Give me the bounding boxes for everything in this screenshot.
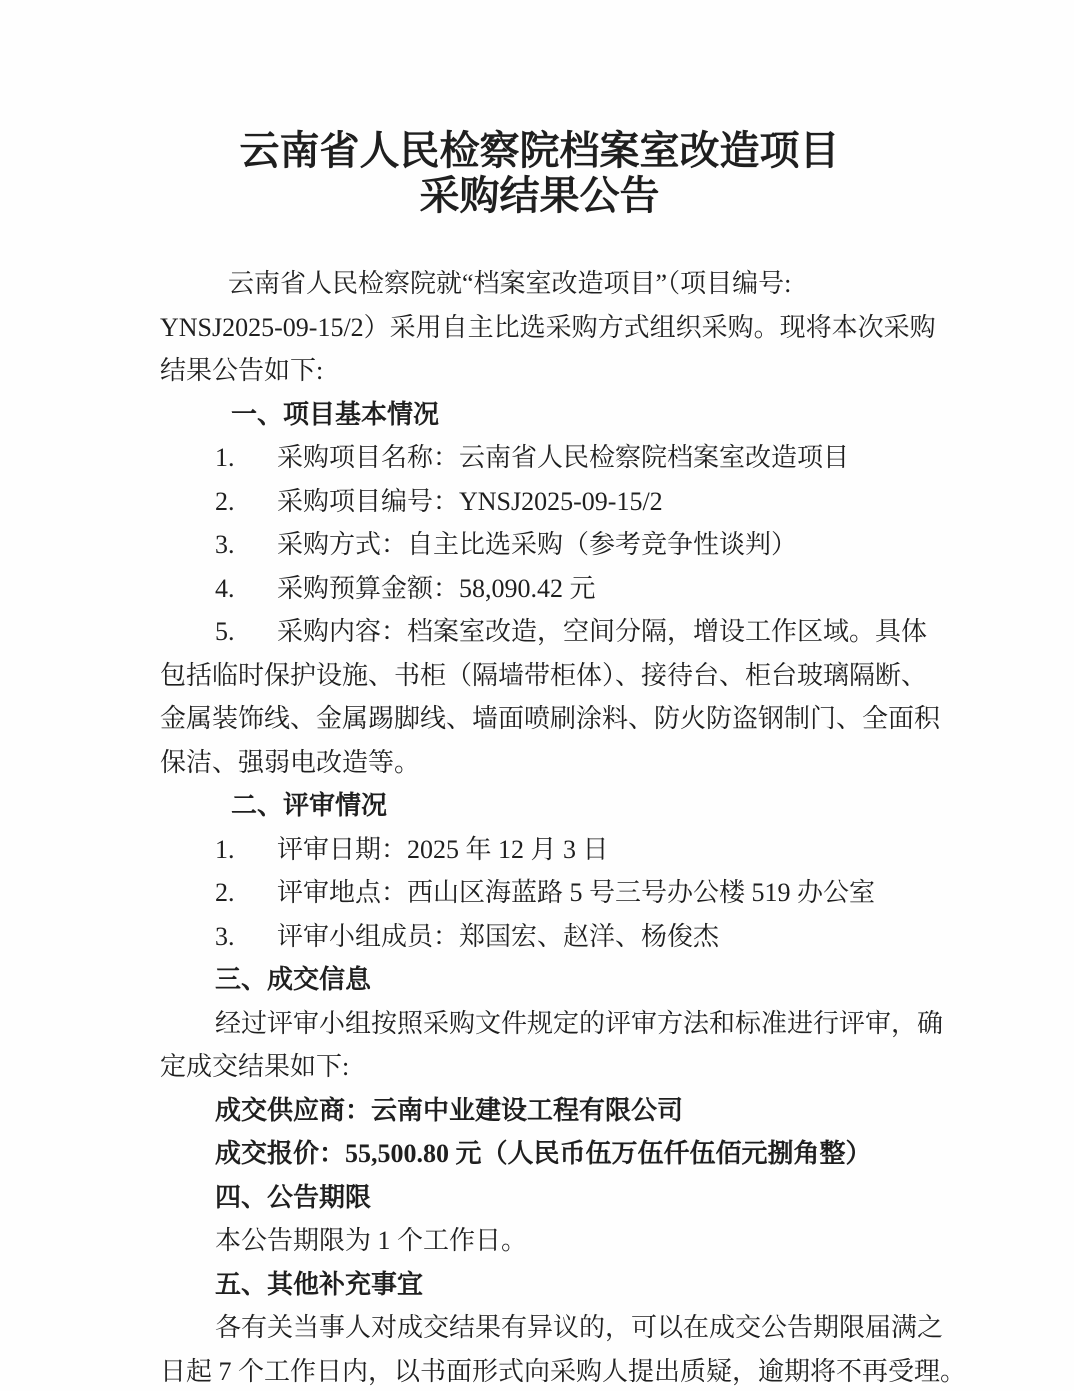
list-number: 3.: [160, 915, 277, 959]
list-number: 1.: [160, 828, 277, 872]
document-page: 云南省人民检察院档案室改造项目 采购结果公告 云南省人民检察院就“档案室改造项目…: [0, 0, 1074, 1391]
section3-heading: 三、成交信息: [160, 958, 919, 1002]
list-text: 评审日期：2025 年 12 月 3 日: [277, 828, 609, 872]
winning-supplier-line: 成交供应商：云南中业建设工程有限公司: [160, 1089, 919, 1133]
section1-item-5-continuation-3: 保洁、强弱电改造等。: [160, 741, 919, 785]
intro-paragraph-line-1: 云南省人民检察院就“档案室改造项目”（项目编号:: [160, 262, 919, 306]
section2-item-1: 1. 评审日期：2025 年 12 月 3 日: [160, 828, 919, 872]
section4-heading: 四、公告期限: [160, 1176, 919, 1220]
list-text: 采购项目名称：云南省人民检察院档案室改造项目: [277, 436, 849, 480]
section1-item-5-continuation-1: 包括临时保护设施、书柜（隔墙带柜体）、接待台、柜台玻璃隔断、: [160, 654, 919, 698]
document-title-line-1: 云南省人民检察院档案室改造项目: [160, 128, 919, 173]
list-number: 1.: [160, 436, 277, 480]
list-number: 4.: [160, 567, 277, 611]
intro-paragraph-line-3: 结果公告如下:: [160, 349, 919, 393]
list-text: 评审小组成员：郑国宏、赵洋、杨俊杰: [277, 915, 719, 959]
section1-item-3: 3. 采购方式：自主比选采购（参考竞争性谈判）: [160, 523, 919, 567]
section1-item-5: 5. 采购内容：档案室改造，空间分隔，增设工作区域。具体: [160, 610, 919, 654]
list-text: 采购内容：档案室改造，空间分隔，增设工作区域。具体: [277, 610, 927, 654]
section2-item-2: 2. 评审地点：西山区海蓝路 5 号三号办公楼 519 办公室: [160, 871, 919, 915]
section1-item-2: 2. 采购项目编号：YNSJ2025-09-15/2: [160, 480, 919, 524]
list-number: 3.: [160, 523, 277, 567]
section1-item-4: 4. 采购预算金额：58,090.42 元: [160, 567, 919, 611]
list-number: 2.: [160, 480, 277, 524]
list-text: 采购方式：自主比选采购（参考竞争性谈判）: [277, 523, 797, 567]
section5-heading: 五、其他补充事宜: [160, 1263, 919, 1307]
section1-item-1: 1. 采购项目名称：云南省人民检察院档案室改造项目: [160, 436, 919, 480]
section5-paragraph-line-1: 各有关当事人对成交结果有异议的，可以在成交公告期限届满之: [160, 1306, 919, 1350]
section3-paragraph-line-2: 定成交结果如下:: [160, 1045, 919, 1089]
section4-paragraph: 本公告期限为 1 个工作日。: [160, 1219, 919, 1263]
list-text: 采购项目编号：YNSJ2025-09-15/2: [277, 480, 663, 524]
list-text: 评审地点：西山区海蓝路 5 号三号办公楼 519 办公室: [277, 871, 875, 915]
winning-price-line: 成交报价：55,500.80 元（人民币伍万伍仟伍佰元捌角整）: [160, 1132, 919, 1176]
intro-paragraph-line-2: YNSJ2025-09-15/2）采用自主比选采购方式组织采购。现将本次采购: [160, 306, 919, 350]
section1-heading: 一、项目基本情况: [160, 393, 919, 437]
list-text: 采购预算金额：58,090.42 元: [277, 567, 596, 611]
section2-heading: 二、评审情况: [160, 784, 919, 828]
document-title-line-2: 采购结果公告: [160, 173, 919, 218]
section2-item-3: 3. 评审小组成员：郑国宏、赵洋、杨俊杰: [160, 915, 919, 959]
section1-item-5-continuation-2: 金属装饰线、金属踢脚线、墙面喷刷涂料、防火防盗钢制门、全面积: [160, 697, 919, 741]
section3-paragraph-line-1: 经过评审小组按照采购文件规定的评审方法和标准进行评审，确: [160, 1002, 919, 1046]
document-body: 云南省人民检察院就“档案室改造项目”（项目编号: YNSJ2025-09-15/…: [160, 262, 919, 1391]
list-number: 5.: [160, 610, 277, 654]
section5-paragraph-line-2: 日起 7 个工作日内，以书面形式向采购人提出质疑，逾期将不再受理。: [160, 1350, 919, 1391]
list-number: 2.: [160, 871, 277, 915]
